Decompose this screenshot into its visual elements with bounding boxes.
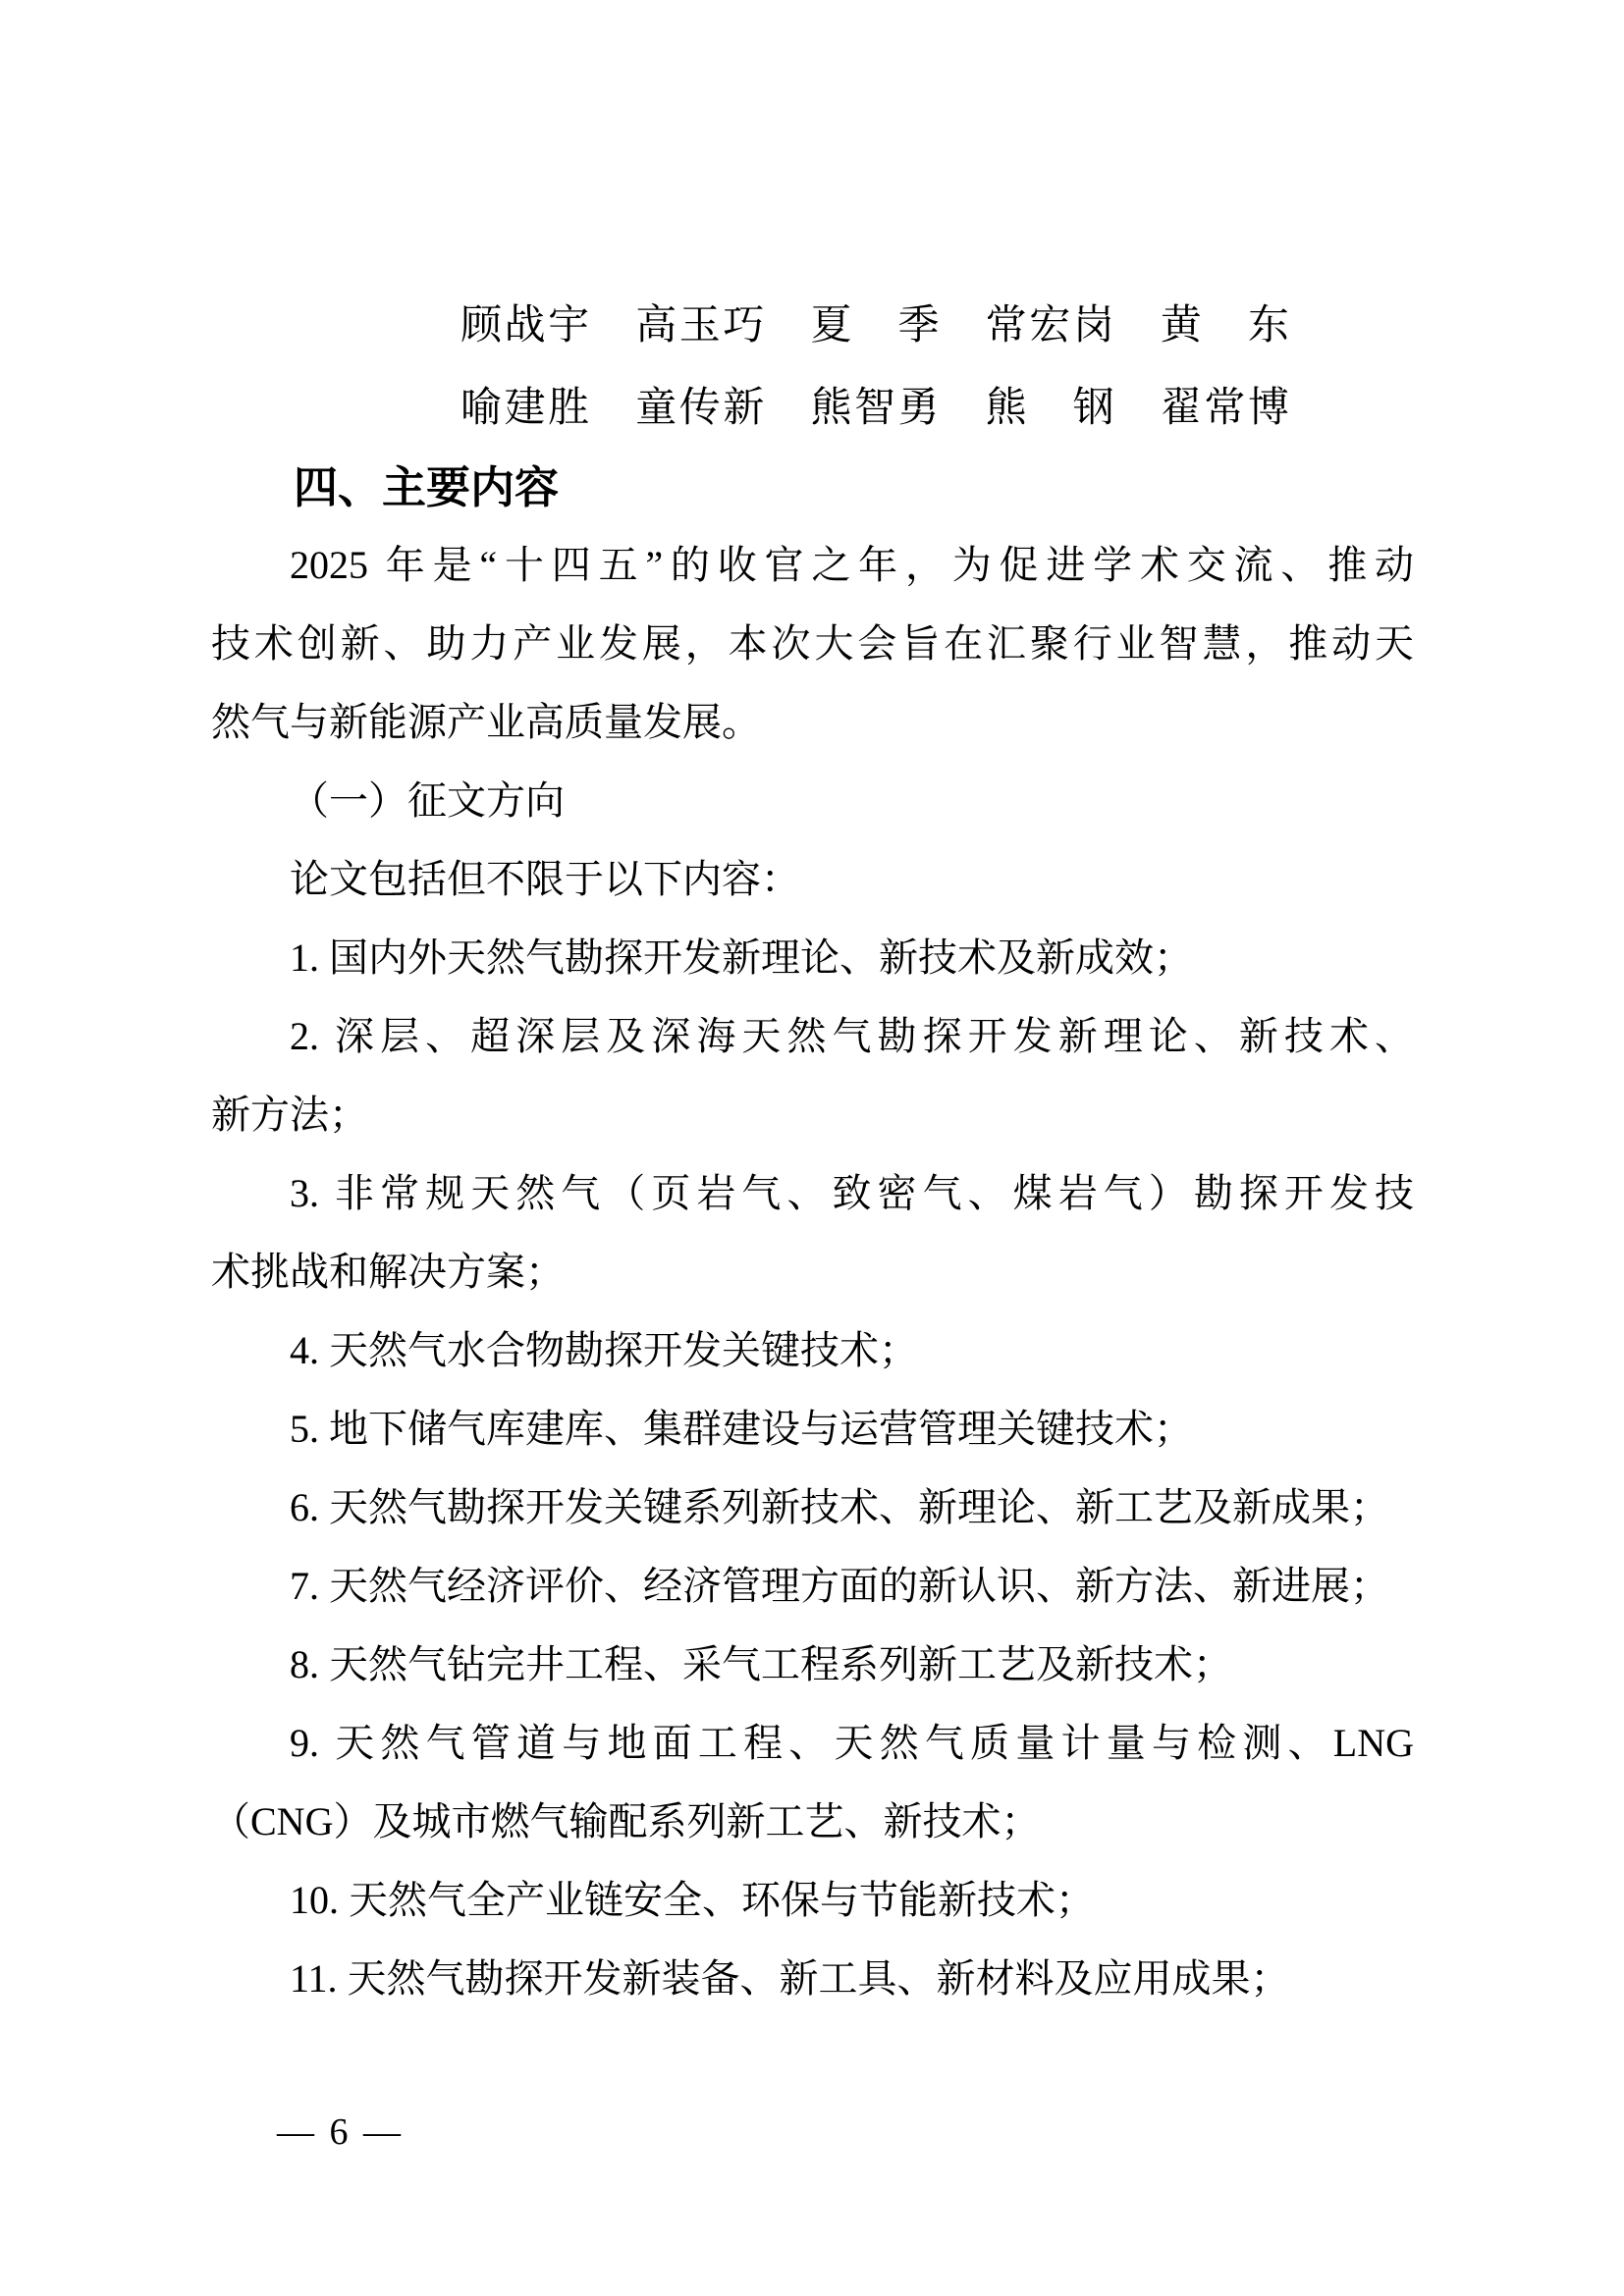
intro-line: 论文包括但不限于以下内容： — [211, 840, 1414, 919]
name-row-2: 喻建胜 童传新 熊智勇 熊 钢 翟常博 — [460, 367, 1291, 450]
paragraph-line: 2025 年是“十四五”的收官之年，为促进学术交流、推动 — [211, 526, 1414, 605]
paragraph-line: 技术创新、助力产业发展，本次大会旨在汇聚行业智慧，推动天 — [211, 605, 1414, 683]
body-text: 2025 年是“十四五”的收官之年，为促进学术交流、推动 技术创新、助力产业发展… — [211, 526, 1414, 2018]
list-item-7: 7. 天然气经济评价、经济管理方面的新认识、新方法、新进展； — [211, 1547, 1414, 1626]
list-item-8: 8. 天然气钻完井工程、采气工程系列新工艺及新技术； — [211, 1626, 1414, 1704]
list-item-2-cont: 新方法； — [211, 1076, 1414, 1154]
list-item-10: 10. 天然气全产业链安全、环保与节能新技术； — [211, 1861, 1414, 1940]
page-number: — 6 — — [277, 2108, 404, 2157]
name-list: 顾战宇 高玉巧 夏 季 常宏岗 黄 东 喻建胜 童传新 熊智勇 熊 钢 翟常博 — [460, 285, 1291, 450]
section-heading: 四、主要内容 — [211, 450, 1414, 526]
list-item-2: 2. 深层、超深层及深海天然气勘探开发新理论、新技术、 — [211, 997, 1414, 1076]
document-content: 顾战宇 高玉巧 夏 季 常宏岗 黄 东 喻建胜 童传新 熊智勇 熊 钢 翟常博 … — [211, 285, 1414, 2018]
subsection-heading: （一）征文方向 — [211, 762, 1414, 840]
list-item-11: 11. 天然气勘探开发新装备、新工具、新材料及应用成果； — [211, 1940, 1414, 2018]
paragraph-line: 然气与新能源产业高质量发展。 — [211, 683, 1414, 762]
document-page: 顾战宇 高玉巧 夏 季 常宏岗 黄 东 喻建胜 童传新 熊智勇 熊 钢 翟常博 … — [0, 0, 1624, 2296]
list-item-3: 3. 非常规天然气（页岩气、致密气、煤岩气）勘探开发技 — [211, 1154, 1414, 1233]
list-item-9-cont: （CNG）及城市燃气输配系列新工艺、新技术； — [211, 1783, 1414, 1861]
list-item-5: 5. 地下储气库建库、集群建设与运营管理关键技术； — [211, 1390, 1414, 1468]
list-item-3-cont: 术挑战和解决方案； — [211, 1233, 1414, 1311]
list-item-4: 4. 天然气水合物勘探开发关键技术； — [211, 1311, 1414, 1390]
list-item-6: 6. 天然气勘探开发关键系列新技术、新理论、新工艺及新成果； — [211, 1468, 1414, 1547]
name-row-1: 顾战宇 高玉巧 夏 季 常宏岗 黄 东 — [460, 285, 1291, 367]
list-item-1: 1. 国内外天然气勘探开发新理论、新技术及新成效； — [211, 919, 1414, 997]
list-item-9: 9. 天然气管道与地面工程、天然气质量计量与检测、LNG — [211, 1704, 1414, 1783]
